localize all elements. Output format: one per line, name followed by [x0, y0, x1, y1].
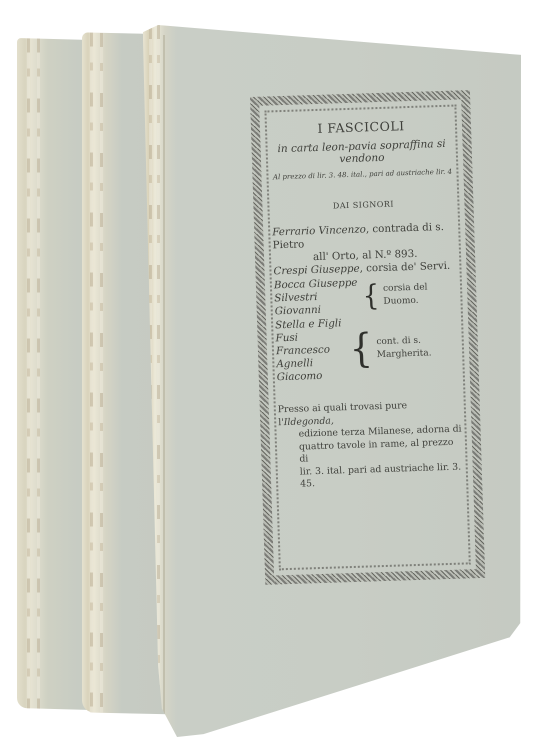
spine-fold — [163, 35, 165, 725]
seller-name: Silvestri Giovanni — [274, 290, 359, 319]
ildegonda-note: Presso ai quali trovasi pure l'Ildegonda… — [278, 399, 465, 492]
seller-entry: Ferrario Vincenzo, contrada di s. Pietro… — [272, 221, 457, 266]
notice-subtitle: in carta leon-pavia sopraffina si vendon… — [269, 138, 454, 168]
notice-title: I FASCICOLI — [269, 117, 453, 138]
brace-icon: { — [362, 285, 379, 308]
seller-location: corsia del Duomo. — [383, 280, 459, 308]
deckle-edge — [90, 33, 93, 713]
deckle-edge — [157, 25, 160, 737]
notice-text: I FASCICOLI in carta leon-pavia sopraffi… — [269, 111, 465, 492]
seller-name: Crespi Giuseppe — [273, 263, 359, 278]
price-line: Al prezzo di lir. 3. 48. ital., pari ad … — [270, 168, 454, 182]
deckle-edge — [37, 39, 40, 709]
sellers-list: Ferrario Vincenzo, contrada di s. Pietro… — [272, 221, 461, 385]
seller-address: , corsia de' Servi. — [359, 260, 450, 275]
seller-location: cont. di s. Margherita. — [376, 333, 460, 362]
printed-notice: I FASCICOLI in carta leon-pavia sopraffi… — [250, 90, 485, 585]
seller-group-names: Bocca Giuseppe Silvestri Giovanni — [274, 277, 360, 319]
seller-group-names: Stella e Figli Fusi Francesco Agnelli Gi… — [275, 317, 347, 384]
book-title: Ildegonda, — [284, 415, 334, 428]
book-photo: I FASCICOLI in carta leon-pavia sopraffi… — [0, 0, 537, 750]
deckle-edge — [27, 38, 30, 708]
brace-icon: { — [349, 338, 373, 361]
deckle-edge — [100, 33, 103, 713]
seller-name: Fusi Francesco — [275, 330, 346, 358]
seller-group: Bocca Giuseppe Silvestri Giovanni { cors… — [274, 274, 459, 319]
seller-group: Stella e Figli Fusi Francesco Agnelli Gi… — [275, 314, 461, 385]
seller-name: Agnelli Giacomo — [276, 356, 347, 384]
seller-name: Ferrario Vincenzo — [272, 223, 366, 238]
sellers-heading: DAI SIGNORI — [271, 198, 455, 213]
